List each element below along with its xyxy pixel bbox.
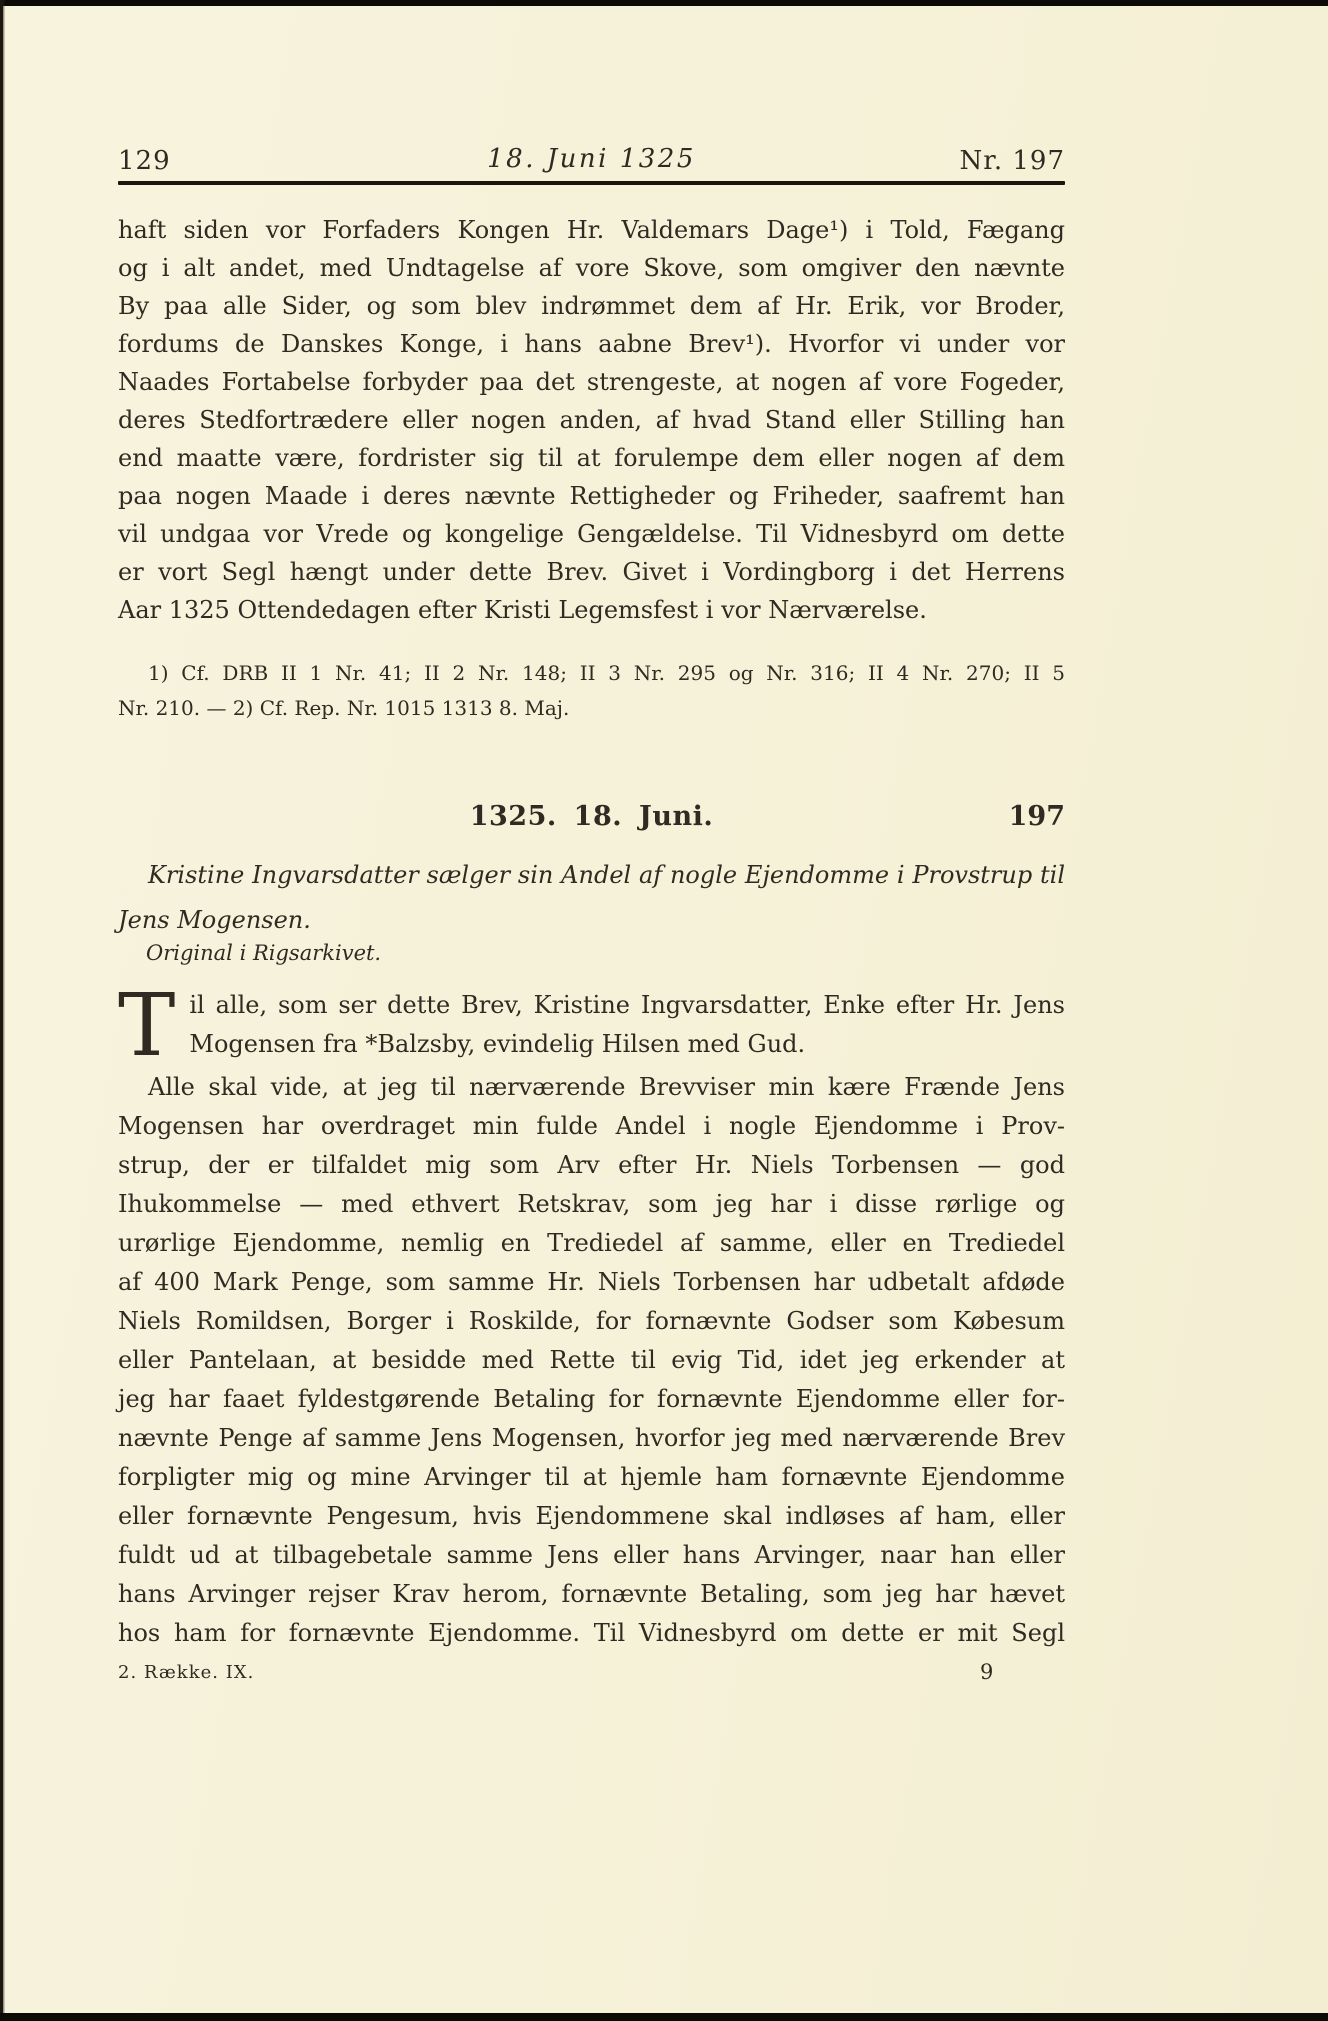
page-footer: 2. Række. IX. 9 — [118, 1660, 1065, 1690]
doc-197-heading-date: 1325. 18. Juni. — [470, 801, 714, 832]
doc-197-heading: 1325. 18. Juni. 197 — [118, 801, 1065, 841]
text-line: jeg har faaet fyldestgørende Betaling fo… — [118, 1380, 1065, 1419]
text-line: Mogensen fra *Balzsby, evindelig Hilsen … — [118, 1025, 1065, 1064]
summary-line: Kristine Ingvarsdatter sælger sin Andel … — [118, 853, 1065, 898]
text-line: Niels Romildsen, Borger i Roskilde, for … — [118, 1302, 1065, 1341]
signature-number: 9 — [980, 1660, 993, 1684]
source-note: Original i Rigsarkivet. — [118, 941, 1093, 965]
text-line: end maatte være, fordrister sig til at f… — [118, 439, 1065, 477]
doc-197-summary: Kristine Ingvarsdatter sælger sin Andel … — [118, 853, 1065, 943]
text-line: Mogensen har overdraget min fulde Andel … — [118, 1107, 1065, 1146]
text-line: fuldt ud at tilbagebetale samme Jens ell… — [118, 1536, 1065, 1575]
text-line: strup, der er tilfaldet mig som Arv efte… — [118, 1146, 1065, 1185]
text-line: urørlige Ejendomme, nemlig en Trediedel … — [118, 1224, 1065, 1263]
running-doc-number: Nr. 197 — [960, 146, 1065, 176]
footnote-line: 1) Cf. DRB II 1 Nr. 41; II 2 Nr. 148; II… — [118, 656, 1065, 691]
running-date: 18. Juni 1325 — [487, 144, 696, 174]
page-number: 129 — [118, 146, 171, 176]
doc-196-lines: haft siden vor Forfaders Kongen Hr. Vald… — [118, 211, 1065, 591]
text-line: vil undgaa vor Vrede og kongelige Gengæl… — [118, 515, 1065, 553]
doc-196-footnotes: 1) Cf. DRB II 1 Nr. 41; II 2 Nr. 148; II… — [118, 656, 1065, 726]
text-line: Ihukommelse — med ethvert Retskrav, som … — [118, 1185, 1065, 1224]
text-line: fordums de Danskes Konge, i hans aabne B… — [118, 325, 1065, 363]
text-line: hos ham for fornævnte Ejendomme. Til Vid… — [118, 1614, 1065, 1653]
doc-197-opening-paragraph: T il alle, som ser dette Brev, Kristine … — [118, 986, 1065, 1064]
text-line: af 400 Mark Penge, som samme Hr. Niels T… — [118, 1263, 1065, 1302]
text-line: eller fornævnte Pengesum, hvis Ejendomme… — [118, 1497, 1065, 1536]
header-rule — [118, 181, 1065, 185]
doc-196-continuation: haft siden vor Forfaders Kongen Hr. Vald… — [118, 211, 1065, 629]
doc-197-heading-number: 197 — [1009, 801, 1065, 832]
text-line: hans Arvinger rejser Krav herom, fornævn… — [118, 1575, 1065, 1614]
text-line: il alle, som ser dette Brev, Kristine In… — [118, 986, 1065, 1025]
series-note: 2. Række. IX. — [118, 1662, 254, 1683]
text-line: nævnte Penge af samme Jens Mogensen, hvo… — [118, 1419, 1065, 1458]
doc-197-body-paragraph: Alle skal vide, at jeg til nærværende Br… — [118, 1068, 1065, 1653]
text-line: deres Stedfortrædere eller nogen anden, … — [118, 401, 1065, 439]
running-header: 129 18. Juni 1325 Nr. 197 — [118, 144, 1065, 186]
text-line: eller Pantelaan, at besidde med Rette ti… — [118, 1341, 1065, 1380]
drop-cap: T — [118, 986, 189, 1061]
text-column: 129 18. Juni 1325 Nr. 197 haft siden vor… — [118, 0, 1065, 2021]
text-line: Alle skal vide, at jeg til nærværende Br… — [118, 1068, 1065, 1107]
text-line: Naades Fortabelse forbyder paa det stren… — [118, 363, 1065, 401]
text-line: er vort Segl hængt under dette Brev. Giv… — [118, 553, 1065, 591]
text-line: paa nogen Maade i deres nævnte Rettighed… — [118, 477, 1065, 515]
text-line: og i alt andet, med Undtagelse af vore S… — [118, 249, 1065, 287]
scan-edge-left — [0, 0, 5, 2021]
text-line: haft siden vor Forfaders Kongen Hr. Vald… — [118, 211, 1065, 249]
scan-edge-bottom — [0, 2013, 1328, 2021]
text-line: Aar 1325 Ottendedagen efter Kristi Legem… — [118, 591, 1065, 629]
doc-197-body-lines: Mogensen har overdraget min fulde Andel … — [118, 1107, 1065, 1653]
text-line: forpligter mig og mine Arvinger til at h… — [118, 1458, 1065, 1497]
book-page-scan: 129 18. Juni 1325 Nr. 197 haft siden vor… — [0, 0, 1328, 2021]
footnote-line: Nr. 210. — 2) Cf. Rep. Nr. 1015 1313 8. … — [118, 691, 1065, 726]
text-line: By paa alle Sider, og som blev indrømmet… — [118, 287, 1065, 325]
summary-line: Jens Mogensen. — [118, 898, 1065, 943]
